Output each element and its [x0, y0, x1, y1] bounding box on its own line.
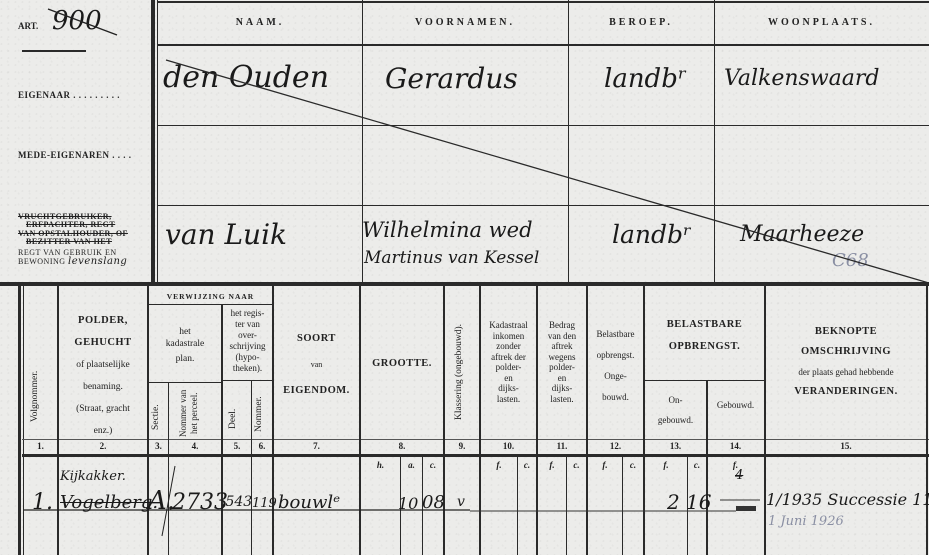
verwijzing-rule — [149, 304, 272, 305]
colnum-12: 12. — [588, 441, 643, 451]
colnum-9: 9. — [445, 441, 479, 451]
colnum-4: 4. — [169, 441, 221, 451]
row-strike-icon — [0, 456, 929, 555]
header-klassering: Klassering (ongebouwd). — [454, 306, 470, 438]
colnum-6: 6. — [252, 441, 272, 451]
colnum-15: 15. — [766, 441, 926, 451]
header-grootte: GROOTTE. — [361, 358, 443, 370]
header-veranderingen: BEKNOPTE OMSCHRIJVING der plaats gehad h… — [766, 322, 926, 402]
header-sectie: Sectie. — [151, 396, 165, 438]
belastbare-rule — [645, 380, 764, 381]
colnum-2: 2. — [59, 441, 147, 451]
header-belastbare-opbrengst: BELASTBARE OPBRENGST. — [645, 314, 764, 358]
header-nommer: Nommer. — [254, 390, 270, 438]
colnum-10: 10. — [481, 441, 536, 451]
header-kadastrale-plan: het kadastrale plan. — [149, 326, 221, 365]
colnum-3: 3. — [149, 441, 168, 451]
owner-section: ART. 900 EIGENAAR . . . . . . . . . MEDE… — [0, 0, 929, 283]
header-register: het regis- ter van over- schrijving (hyp… — [223, 308, 272, 374]
header-volgnummer: Volgnommer. — [30, 356, 46, 436]
colnum-11: 11. — [538, 441, 586, 451]
header-kadastraal-inkomen: Kadastraalinkomen zonderaftrek der polde… — [481, 320, 536, 404]
colnum-8: 8. — [361, 441, 443, 451]
header-ongebouwd: On-gebouwd. — [645, 390, 706, 430]
header-belastbare-ongebouwd: Belastbareopbrengst. Onge-bouwd. — [588, 324, 643, 408]
header-soort: SOORT van EIGENDOM. — [274, 326, 359, 404]
header-gebouwd: Gebouwd. — [707, 399, 764, 411]
header-aftrek: Bedragvan den aftrekwegens polder-en dij… — [538, 320, 586, 404]
register-rule — [223, 380, 272, 381]
colnum-5: 5. — [223, 441, 251, 451]
header-deel: Deel. — [228, 401, 244, 437]
kadastrale-rule — [149, 382, 221, 383]
header-polder: POLDER, GEHUCHT of plaatselijke benaming… — [59, 310, 147, 442]
table-row: 1. Kijkakker. Vogelberg. A. 2733 .543 11… — [0, 456, 929, 555]
colnum-13: 13. — [645, 441, 706, 451]
colnum-7: 7. — [274, 441, 359, 451]
header-verwijzing: VERWIJZING NAAR — [149, 291, 272, 303]
colnum-14: 14. — [707, 441, 764, 451]
header-number-rule — [22, 439, 929, 440]
register-page: ART. 900 EIGENAAR . . . . . . . . . MEDE… — [0, 0, 929, 555]
diagonal-strike-icon — [0, 0, 929, 283]
parcel-table: VERWIJZING NAAR het kadastrale plan. het… — [0, 286, 929, 555]
header-perceel: Nommer van het perceel. — [178, 388, 214, 438]
colnum-1: 1. — [24, 441, 57, 451]
